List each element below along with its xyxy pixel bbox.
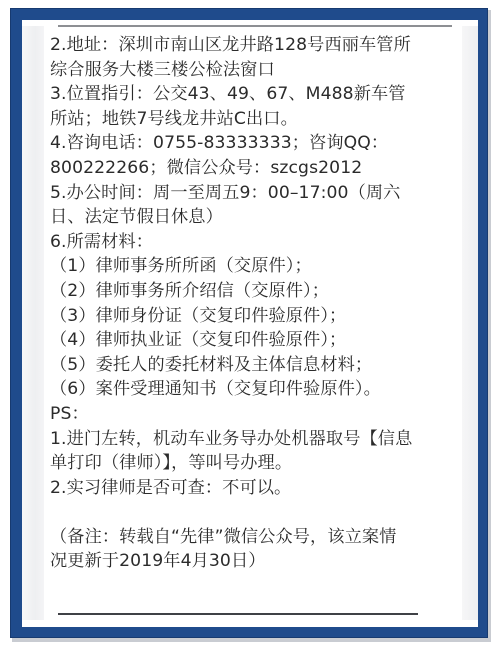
bottom-divider xyxy=(58,613,418,615)
phone-line-1: 4.咨询电话：0755-83333333；咨询QQ： xyxy=(50,131,460,156)
hours-line-2: 日、法定节假日休息） xyxy=(50,205,460,230)
material-item-2: （2）律师事务所介绍信（交原件）； xyxy=(50,279,460,304)
blank-line xyxy=(50,500,460,525)
document-panel: 2.地址：深圳市南山区龙井路128号西丽车管所 综合服务大楼三楼公检法窗口 3.… xyxy=(22,20,478,627)
panel-left-margin xyxy=(22,26,44,620)
location-line-1: 3.位置指引：公交43、49、67、M488新车管 xyxy=(50,82,460,107)
material-item-4: （4）律师执业证（交复印件验原件）； xyxy=(50,328,460,353)
ps-heading: PS： xyxy=(50,402,460,427)
panel-right-margin xyxy=(462,26,478,620)
note-line-2: 况更新于2019年4月30日） xyxy=(50,549,460,574)
hours-line-1: 5.办公时间：周一至周五9：00–17:00（周六 xyxy=(50,181,460,206)
ps-item-1-line-1: 1.进门左转，机动车业务导办处机器取号【信息 xyxy=(50,427,460,452)
top-divider xyxy=(58,25,452,27)
note-line-1: （备注：转载自“先律”微信公众号，该立案情 xyxy=(50,525,460,550)
ps-item-1-line-2: 单打印（律师）】，等叫号办理。 xyxy=(50,451,460,476)
phone-line-2: 800222266；微信公众号：szcgs2012 xyxy=(50,156,460,181)
material-item-6: （6）案件受理通知书（交复印件验原件）。 xyxy=(50,377,460,402)
material-item-1: （1）律师事务所所函（交原件）； xyxy=(50,254,460,279)
material-item-3: （3）律师身份证（交复印件验原件）； xyxy=(50,304,460,329)
address-line-2: 综合服务大楼三楼公检法窗口 xyxy=(50,58,460,83)
document-text: 2.地址：深圳市南山区龙井路128号西丽车管所 综合服务大楼三楼公检法窗口 3.… xyxy=(50,33,460,574)
material-item-5: （5）委托人的委托材料及主体信息材料； xyxy=(50,353,460,378)
location-line-2: 所站；地铁7号线龙井站C出口。 xyxy=(50,107,460,132)
ps-item-2: 2.实习律师是否可查：不可以。 xyxy=(50,476,460,501)
materials-heading: 6.所需材料： xyxy=(50,230,460,255)
address-line-1: 2.地址：深圳市南山区龙井路128号西丽车管所 xyxy=(50,33,460,58)
